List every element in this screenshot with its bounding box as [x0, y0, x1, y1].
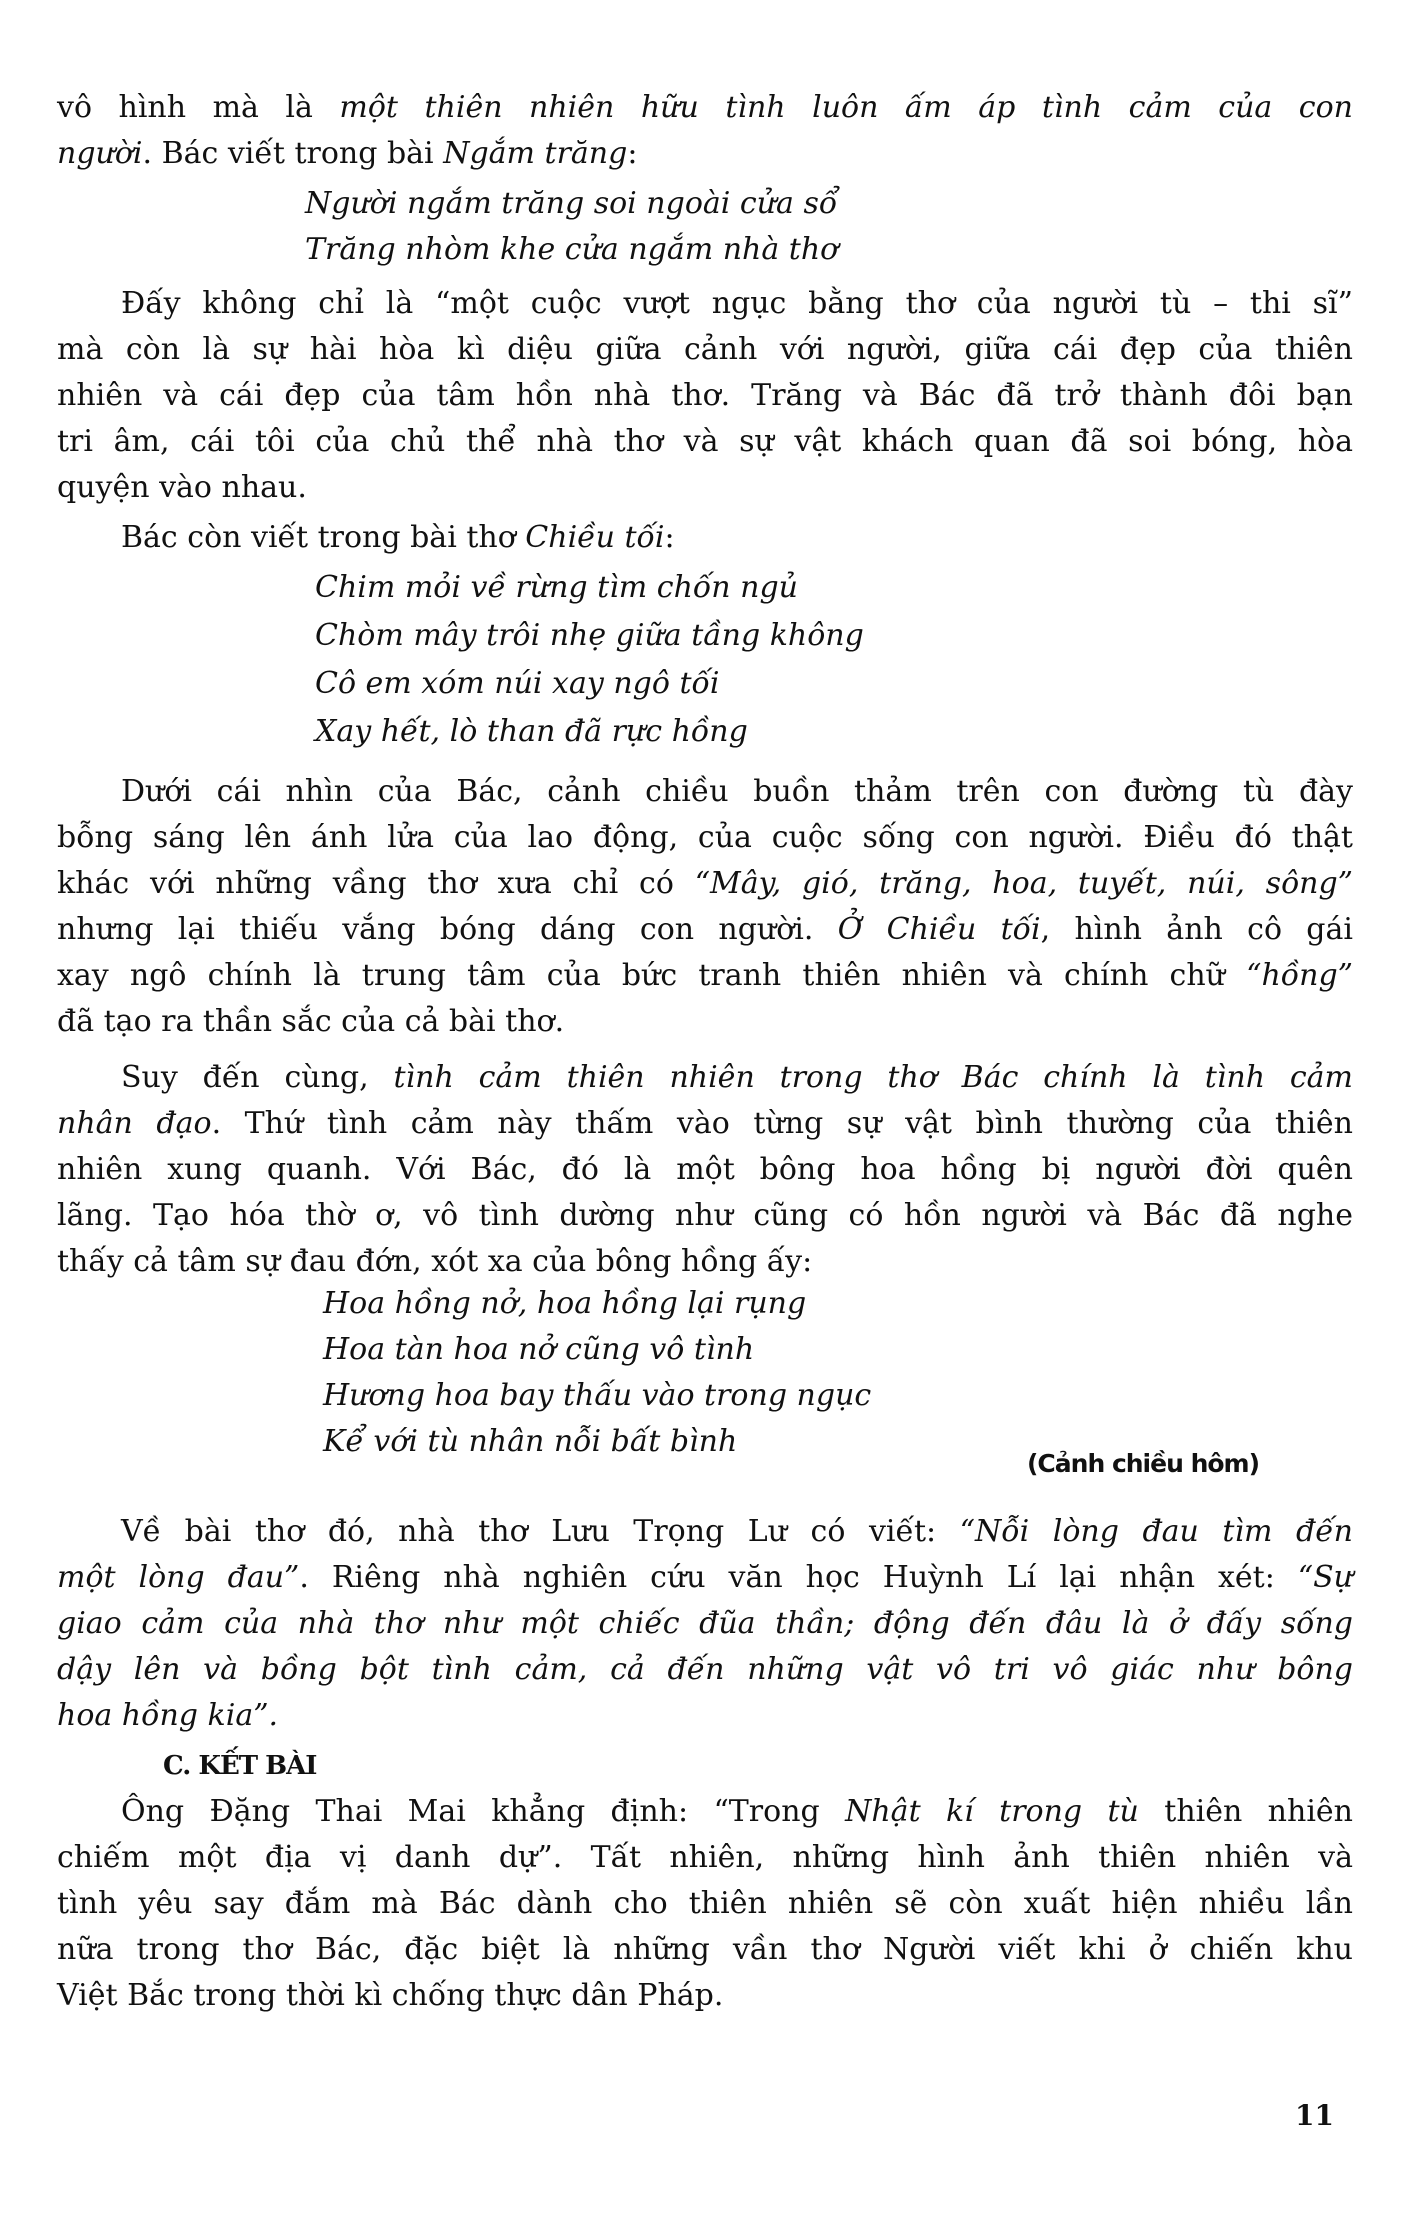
italic-phrase: nhân đạo: [57, 1106, 212, 1141]
text-run: thiên nhiên: [1139, 1794, 1353, 1829]
paragraph-line: nhiên và cái đẹp của tâm hồn nhà thơ. Tr…: [57, 374, 1353, 418]
italic-phrase: một thiên nhiên hữu tình luôn ấm áp tình…: [339, 90, 1353, 125]
poem-verse: Cô em xóm núi xay ngô tối: [315, 662, 719, 706]
poem-title: Ngắm trăng: [443, 136, 627, 171]
poem-verse: Trăng nhòm khe cửa ngắm nhà thơ: [305, 228, 838, 272]
paragraph-line: Việt Bắc trong thời kì chống thực dân Ph…: [57, 1974, 1353, 2018]
poem-title: Chiều tối: [525, 520, 664, 555]
paragraph-line: bỗng sáng lên ánh lửa của lao động, của …: [57, 816, 1353, 860]
poem-verse: Chòm mây trôi nhẹ giữa tầng không: [315, 614, 864, 658]
paragraph-line: lãng. Tạo hóa thờ ơ, vô tình dường như c…: [57, 1194, 1353, 1238]
paragraph-line: nhưng lại thiếu vắng bóng dáng con người…: [57, 908, 1353, 952]
text-run: . Riêng nhà nghiên cứu văn học Huỳnh Lí …: [299, 1560, 1297, 1595]
poem-title: Ở Chiều tối: [838, 912, 1041, 947]
paragraph-line: Bác còn viết trong bài thơ Chiều tối:: [57, 516, 1353, 560]
paragraph-line: Dưới cái nhìn của Bác, cảnh chiều buồn t…: [57, 770, 1353, 814]
section-heading: C. KẾT BÀI: [163, 1746, 316, 1786]
paragraph-line: giao cảm của nhà thơ như một chiếc đũa t…: [57, 1602, 1353, 1646]
paragraph-line: tình yêu say đắm mà Bác dành cho thiên n…: [57, 1882, 1353, 1926]
italic-phrase: tình cảm thiên nhiên trong thơ Bác chính…: [393, 1060, 1353, 1095]
text-run: Bác còn viết trong bài thơ: [121, 520, 525, 555]
text-run: . Bác viết trong bài: [143, 136, 444, 171]
paragraph-line: Đấy không chỉ là “một cuộc vượt ngục bằn…: [57, 282, 1353, 326]
text-run: Suy đến cùng,: [121, 1060, 393, 1095]
paragraph-line: một lòng đau”. Riêng nhà nghiên cứu văn …: [57, 1556, 1353, 1600]
paragraph-line: vô hình mà là một thiên nhiên hữu tình l…: [57, 86, 1353, 130]
text-run: xay ngô chính là trung tâm của bức tranh…: [57, 958, 1246, 993]
italic-quote: “Nỗi lòng đau tìm đến: [960, 1514, 1353, 1549]
paragraph-line: mà còn là sự hài hòa kì diệu giữa cảnh v…: [57, 328, 1353, 372]
text-run: . Thứ tình cảm này thấm vào từng sự vật …: [212, 1106, 1353, 1141]
text-run: :: [665, 520, 675, 555]
poem-verse: Hoa hồng nở, hoa hồng lại rụng: [323, 1282, 806, 1326]
page-number: 11: [1295, 2098, 1334, 2134]
paragraph-line: dậy lên và bồng bột tình cảm, cả đến nhữ…: [57, 1648, 1353, 1692]
paragraph-line: thấy cả tâm sự đau đớn, xót xa của bông …: [57, 1240, 1353, 1284]
paragraph-line: Về bài thơ đó, nhà thơ Lưu Trọng Lư có v…: [57, 1510, 1353, 1554]
italic-quote: “hồng”: [1246, 958, 1353, 993]
italic-phrase: người: [57, 136, 143, 171]
italic-quote: “Sự: [1298, 1560, 1353, 1595]
book-title: Nhật kí trong tù: [845, 1794, 1139, 1829]
text-run: Về bài thơ đó, nhà thơ Lưu Trọng Lư có v…: [121, 1514, 960, 1549]
poem-verse: Xay hết, lò than đã rực hồng: [315, 710, 748, 754]
text-run: khác với những vầng thơ xưa chỉ có: [57, 866, 695, 901]
poem-source: (Cảnh chiều hôm): [1027, 1446, 1259, 1482]
paragraph-line: nữa trong thơ Bác, đặc biệt là những vần…: [57, 1928, 1353, 1972]
poem-verse: Hoa tàn hoa nở cũng vô tình: [323, 1328, 754, 1372]
poem-verse: Kể với tù nhân nỗi bất bình: [323, 1420, 737, 1464]
paragraph-line: đã tạo ra thần sắc của cả bài thơ.: [57, 1000, 1353, 1044]
paragraph-line: tri âm, cái tôi của chủ thể nhà thơ và s…: [57, 420, 1353, 464]
paragraph-line: khác với những vầng thơ xưa chỉ có “Mây,…: [57, 862, 1353, 906]
paragraph-line: hoa hồng kia”.: [57, 1694, 1353, 1738]
italic-quote: một lòng đau”: [57, 1560, 299, 1595]
paragraph-line: Ông Đặng Thai Mai khẳng định: “Trong Nhậ…: [57, 1790, 1353, 1834]
poem-verse: Người ngắm trăng soi ngoài cửa sổ: [305, 182, 837, 226]
poem-verse: Chim mỏi về rừng tìm chốn ngủ: [315, 566, 798, 610]
paragraph-line: chiếm một địa vị danh dự”. Tất nhiên, nh…: [57, 1836, 1353, 1880]
paragraph-line: người. Bác viết trong bài Ngắm trăng:: [57, 132, 1353, 176]
italic-quote: “Mây, gió, trăng, hoa, tuyết, núi, sông”: [695, 866, 1353, 901]
poem-verse: Hương hoa bay thấu vào trong ngục: [323, 1374, 871, 1418]
text-run: Ông Đặng Thai Mai khẳng định: “Trong: [121, 1794, 845, 1829]
paragraph-line: quyện vào nhau.: [57, 466, 1353, 510]
text-run: vô hình mà là: [57, 90, 339, 125]
paragraph-line: Suy đến cùng, tình cảm thiên nhiên trong…: [57, 1056, 1353, 1100]
paragraph-line: nhiên xung quanh. Với Bác, đó là một bôn…: [57, 1148, 1353, 1192]
text-run: :: [627, 136, 637, 171]
paragraph-line: xay ngô chính là trung tâm của bức tranh…: [57, 954, 1353, 998]
text-run: , hình ảnh cô gái: [1041, 912, 1353, 947]
paragraph-line: nhân đạo. Thứ tình cảm này thấm vào từng…: [57, 1102, 1353, 1146]
text-run: nhưng lại thiếu vắng bóng dáng con người…: [57, 912, 838, 947]
